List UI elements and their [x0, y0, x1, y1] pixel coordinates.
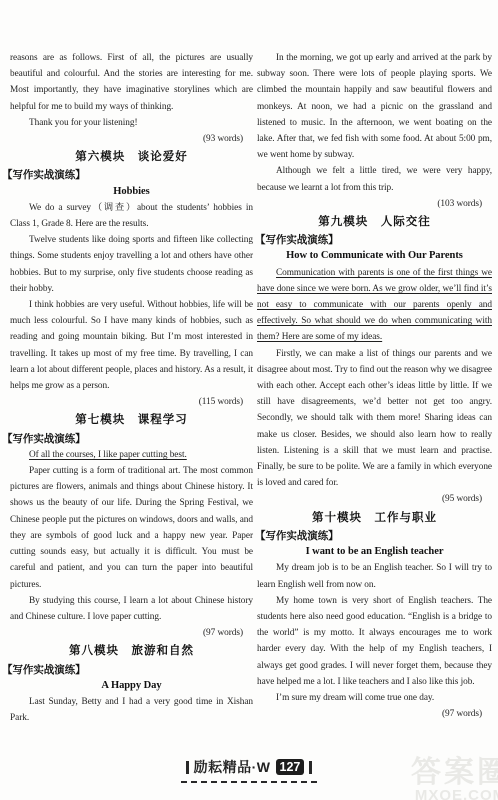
- section-label: 【写作实战演练】: [255, 528, 492, 544]
- module-heading: 第八模块 旅游和自然: [10, 643, 253, 659]
- paragraph: Of all the courses, I like paper cutting…: [10, 447, 253, 463]
- watermark-site-url: MXQE.COM: [411, 788, 498, 800]
- essay-title: How to Communicate with Our Parents: [257, 248, 492, 264]
- word-count: (93 words): [10, 131, 253, 147]
- brand-logo-text: 励耘精品·W: [194, 757, 271, 777]
- right-column: In the morning, we got up early and arri…: [257, 50, 492, 722]
- essay-title: Hobbies: [10, 184, 253, 200]
- paragraph: Paper cutting is a form of traditional a…: [10, 463, 253, 593]
- paragraph: Although we felt a little tired, we were…: [257, 163, 492, 195]
- left-column: reasons are as follows. First of all, th…: [10, 50, 253, 726]
- word-count: (95 words): [257, 491, 492, 507]
- paragraph: Last Sunday, Betty and I had a very good…: [10, 694, 253, 726]
- badge-right-bar: [309, 761, 312, 774]
- paragraph: Thank you for your listening!: [10, 115, 253, 131]
- page-number: 127: [276, 759, 305, 775]
- word-count: (115 words): [10, 394, 253, 410]
- module-heading: 第十模块 工作与职业: [257, 510, 492, 526]
- paragraph: By studying this course, I learn a lot a…: [10, 593, 253, 625]
- word-count: (97 words): [10, 625, 253, 641]
- module-heading: 第六模块 谈论爱好: [10, 149, 253, 165]
- word-count: (103 words): [257, 196, 492, 212]
- paragraph: We do a survey（调查）about the students’ ho…: [10, 200, 253, 232]
- site-watermark: 答案圈 MXQE.COM: [411, 758, 498, 800]
- essay-title: A Happy Day: [10, 678, 253, 694]
- paragraph: Communication with parents is one of the…: [257, 265, 492, 346]
- module-heading: 第七模块 课程学习: [10, 412, 253, 428]
- paragraph: In the morning, we got up early and arri…: [257, 50, 492, 163]
- section-label: 【写作实战演练】: [255, 232, 492, 248]
- paragraph: I think hobbies are very useful. Without…: [10, 297, 253, 394]
- paragraph: My dream job is to be an English teacher…: [257, 560, 492, 592]
- section-label: 【写作实战演练】: [2, 167, 253, 183]
- essay-title: I want to be an English teacher: [257, 544, 492, 560]
- footer-badge: 励耘精品·W 127: [181, 757, 318, 783]
- section-label: 【写作实战演练】: [2, 662, 253, 678]
- paragraph: Twelve students like doing sports and fi…: [10, 232, 253, 297]
- book-page: reasons are as follows. First of all, th…: [0, 0, 498, 800]
- section-label: 【写作实战演练】: [2, 431, 253, 447]
- watermark-logo-text: 答案圈: [411, 758, 498, 788]
- paragraph: reasons are as follows. First of all, th…: [10, 50, 253, 115]
- word-count: (97 words): [257, 706, 492, 722]
- paragraph: Firstly, we can make a list of things ou…: [257, 346, 492, 492]
- paragraph: My home town is very short of English te…: [257, 593, 492, 690]
- module-heading: 第九模块 人际交往: [257, 214, 492, 230]
- badge-left-bar: [186, 761, 189, 774]
- paragraph: I’m sure my dream will come true one day…: [257, 690, 492, 706]
